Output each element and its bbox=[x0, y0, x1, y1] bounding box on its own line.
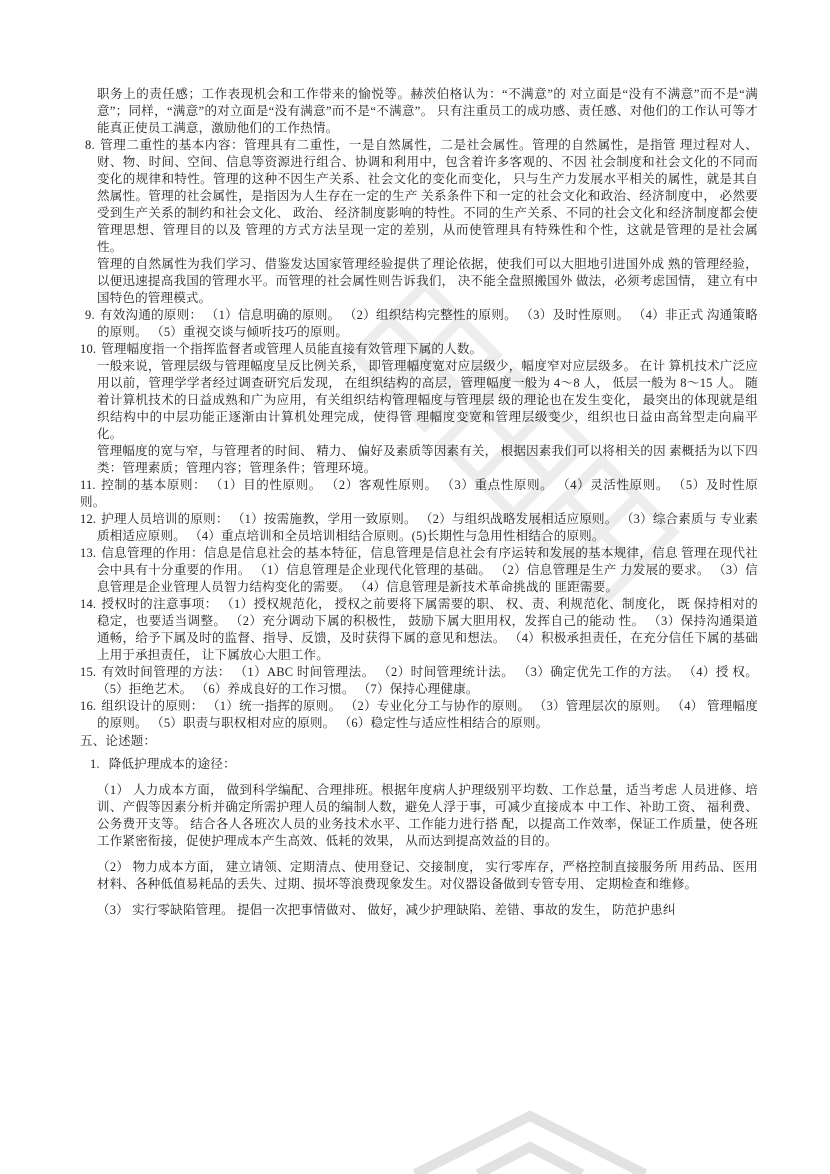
list-item-16: 16.组织设计的原则： （1）统一指挥的原则。 （2）专业化分工与协作的原则。 … bbox=[80, 698, 758, 732]
item-text: 护理人员培训的原则： （1）按需施教，学用一致原则。 （2）与组织战略发展相适应… bbox=[97, 512, 758, 543]
list-item-15: 15.有效时间管理的方法： （1）ABC 时间管理法。 （2）时间管理统计法。 … bbox=[80, 664, 758, 698]
item-number: 12. bbox=[80, 512, 96, 526]
item-number: 13. bbox=[80, 546, 96, 560]
essay-paragraph-2: （2） 物力成本方面， 建立请领、定期清点、使用登记、交接制度， 实行零库存，严… bbox=[80, 859, 758, 893]
item-13-main: 13.信息管理的作用：信息是信息社会的基本特征，信息管理是信息社会有序运转和发展… bbox=[80, 545, 758, 596]
list-item-11: 11.控制的基本原则： （1）目的性原则。 （2）客观性原则。 （3）重点性原则… bbox=[80, 477, 758, 511]
item-14-main: 14.授权时的注意事项： （1）授权规范化， 授权之前要将下属需要的职、 权、责… bbox=[80, 596, 758, 664]
list-item-8: 8.管理二重性的基本内容：管理具有二重性，一是自然属性，二是社会属性。管理的自然… bbox=[80, 137, 758, 307]
item-number: 16. bbox=[80, 699, 96, 713]
item-number: 14. bbox=[80, 597, 96, 611]
item-10-main: 10.管理幅度指一个指挥监督者或管理人员能直接有效管理下属的人数。 bbox=[80, 341, 758, 358]
essay-number: 1. bbox=[90, 757, 100, 771]
essay-paragraph-3: （3） 实行零缺陷管理。 提倡一次把事情做对、 做好，减少护理缺陷、差错、事故的… bbox=[80, 902, 758, 919]
item-15-main: 15.有效时间管理的方法： （1）ABC 时间管理法。 （2）时间管理统计法。 … bbox=[80, 664, 758, 698]
item-10-paragraph-3: 管理幅度的宽与窄，与管理者的时间、 精力、 偏好及素质等因素有关， 根据因素我们… bbox=[80, 443, 758, 477]
item-10-paragraph-2: 一般来说，管理层级与管理幅度呈反比例关系， 即管理幅度宽对应层级少，幅度窄对应层… bbox=[80, 358, 758, 443]
list-item-13: 13.信息管理的作用：信息是信息社会的基本特征，信息管理是信息社会有序运转和发展… bbox=[80, 545, 758, 596]
item-text: 有效时间管理的方法： （1）ABC 时间管理法。 （2）时间管理统计法。 （3）… bbox=[97, 665, 758, 696]
item-11-main: 11.控制的基本原则： （1）目的性原则。 （2）客观性原则。 （3）重点性原则… bbox=[80, 477, 758, 511]
item-number: 15. bbox=[80, 665, 96, 679]
item-16-main: 16.组织设计的原则： （1）统一指挥的原则。 （2）专业化分工与协作的原则。 … bbox=[80, 698, 758, 732]
item-text: 管理幅度指一个指挥监督者或管理人员能直接有效管理下属的人数。 bbox=[101, 342, 482, 356]
item-text: 有效沟通的原则： （1）信息明确的原则。 （2）组织结构完整性的原则。 （3）及… bbox=[97, 308, 758, 339]
item-text: 管理二重性的基本内容：管理具有二重性，一是自然属性，二是社会属性。管理的自然属性… bbox=[97, 138, 758, 254]
item-number: 11. bbox=[80, 478, 96, 492]
item-text: 授权时的注意事项： （1）授权规范化， 授权之前要将下属需要的职、 权、责、利规… bbox=[97, 597, 758, 662]
essay-title-text: 降低护理成本的途径： bbox=[109, 757, 236, 771]
page-content: 职务上的责任感；工作表现机会和工作带来的愉悦等。赫茨伯格认为：“不满意”的 对立… bbox=[80, 86, 758, 919]
item-8-paragraph-2: 管理的自然属性为我们学习、借鉴发达国家管理经验提供了理论依据，使我们可以大胆地引… bbox=[80, 256, 758, 307]
list-item-14: 14.授权时的注意事项： （1）授权规范化， 授权之前要将下属需要的职、 权、责… bbox=[80, 596, 758, 664]
intro-paragraph: 职务上的责任感；工作表现机会和工作带来的愉悦等。赫茨伯格认为：“不满意”的 对立… bbox=[80, 86, 758, 137]
list-item-9: 9.有效沟通的原则： （1）信息明确的原则。 （2）组织结构完整性的原则。 （3… bbox=[80, 307, 758, 341]
bottom-logo-watermark bbox=[415, 1116, 645, 1174]
document-page: 职务上的责任感；工作表现机会和工作带来的愉悦等。赫茨伯格认为：“不满意”的 对立… bbox=[0, 0, 830, 1174]
essay-paragraph-1: （1） 人力成本方面， 做到科学编配、合理排班。根据年度病人护理级别平均数、工作… bbox=[80, 782, 758, 850]
item-8-main: 8.管理二重性的基本内容：管理具有二重性，一是自然属性，二是社会属性。管理的自然… bbox=[80, 137, 758, 256]
item-number: 9. bbox=[80, 308, 95, 322]
item-number: 10. bbox=[80, 342, 96, 356]
essay-title: 1.降低护理成本的途径： bbox=[80, 756, 758, 773]
item-9-main: 9.有效沟通的原则： （1）信息明确的原则。 （2）组织结构完整性的原则。 （3… bbox=[80, 307, 758, 341]
item-number: 8. bbox=[80, 138, 95, 152]
item-12-main: 12.护理人员培训的原则： （1）按需施教，学用一致原则。 （2）与组织战略发展… bbox=[80, 511, 758, 545]
item-text: 信息管理的作用：信息是信息社会的基本特征，信息管理是信息社会有序运转和发展的基本… bbox=[97, 546, 758, 594]
item-text: 组织设计的原则： （1）统一指挥的原则。 （2）专业化分工与协作的原则。 （3）… bbox=[97, 699, 758, 730]
list-item-12: 12.护理人员培训的原则： （1）按需施教，学用一致原则。 （2）与组织战略发展… bbox=[80, 511, 758, 545]
item-text: 控制的基本原则： （1）目的性原则。 （2）客观性原则。 （3）重点性原则。 （… bbox=[80, 478, 758, 509]
section-heading: 五、论述题： bbox=[80, 733, 758, 750]
list-item-10: 10.管理幅度指一个指挥监督者或管理人员能直接有效管理下属的人数。 一般来说，管… bbox=[80, 341, 758, 477]
